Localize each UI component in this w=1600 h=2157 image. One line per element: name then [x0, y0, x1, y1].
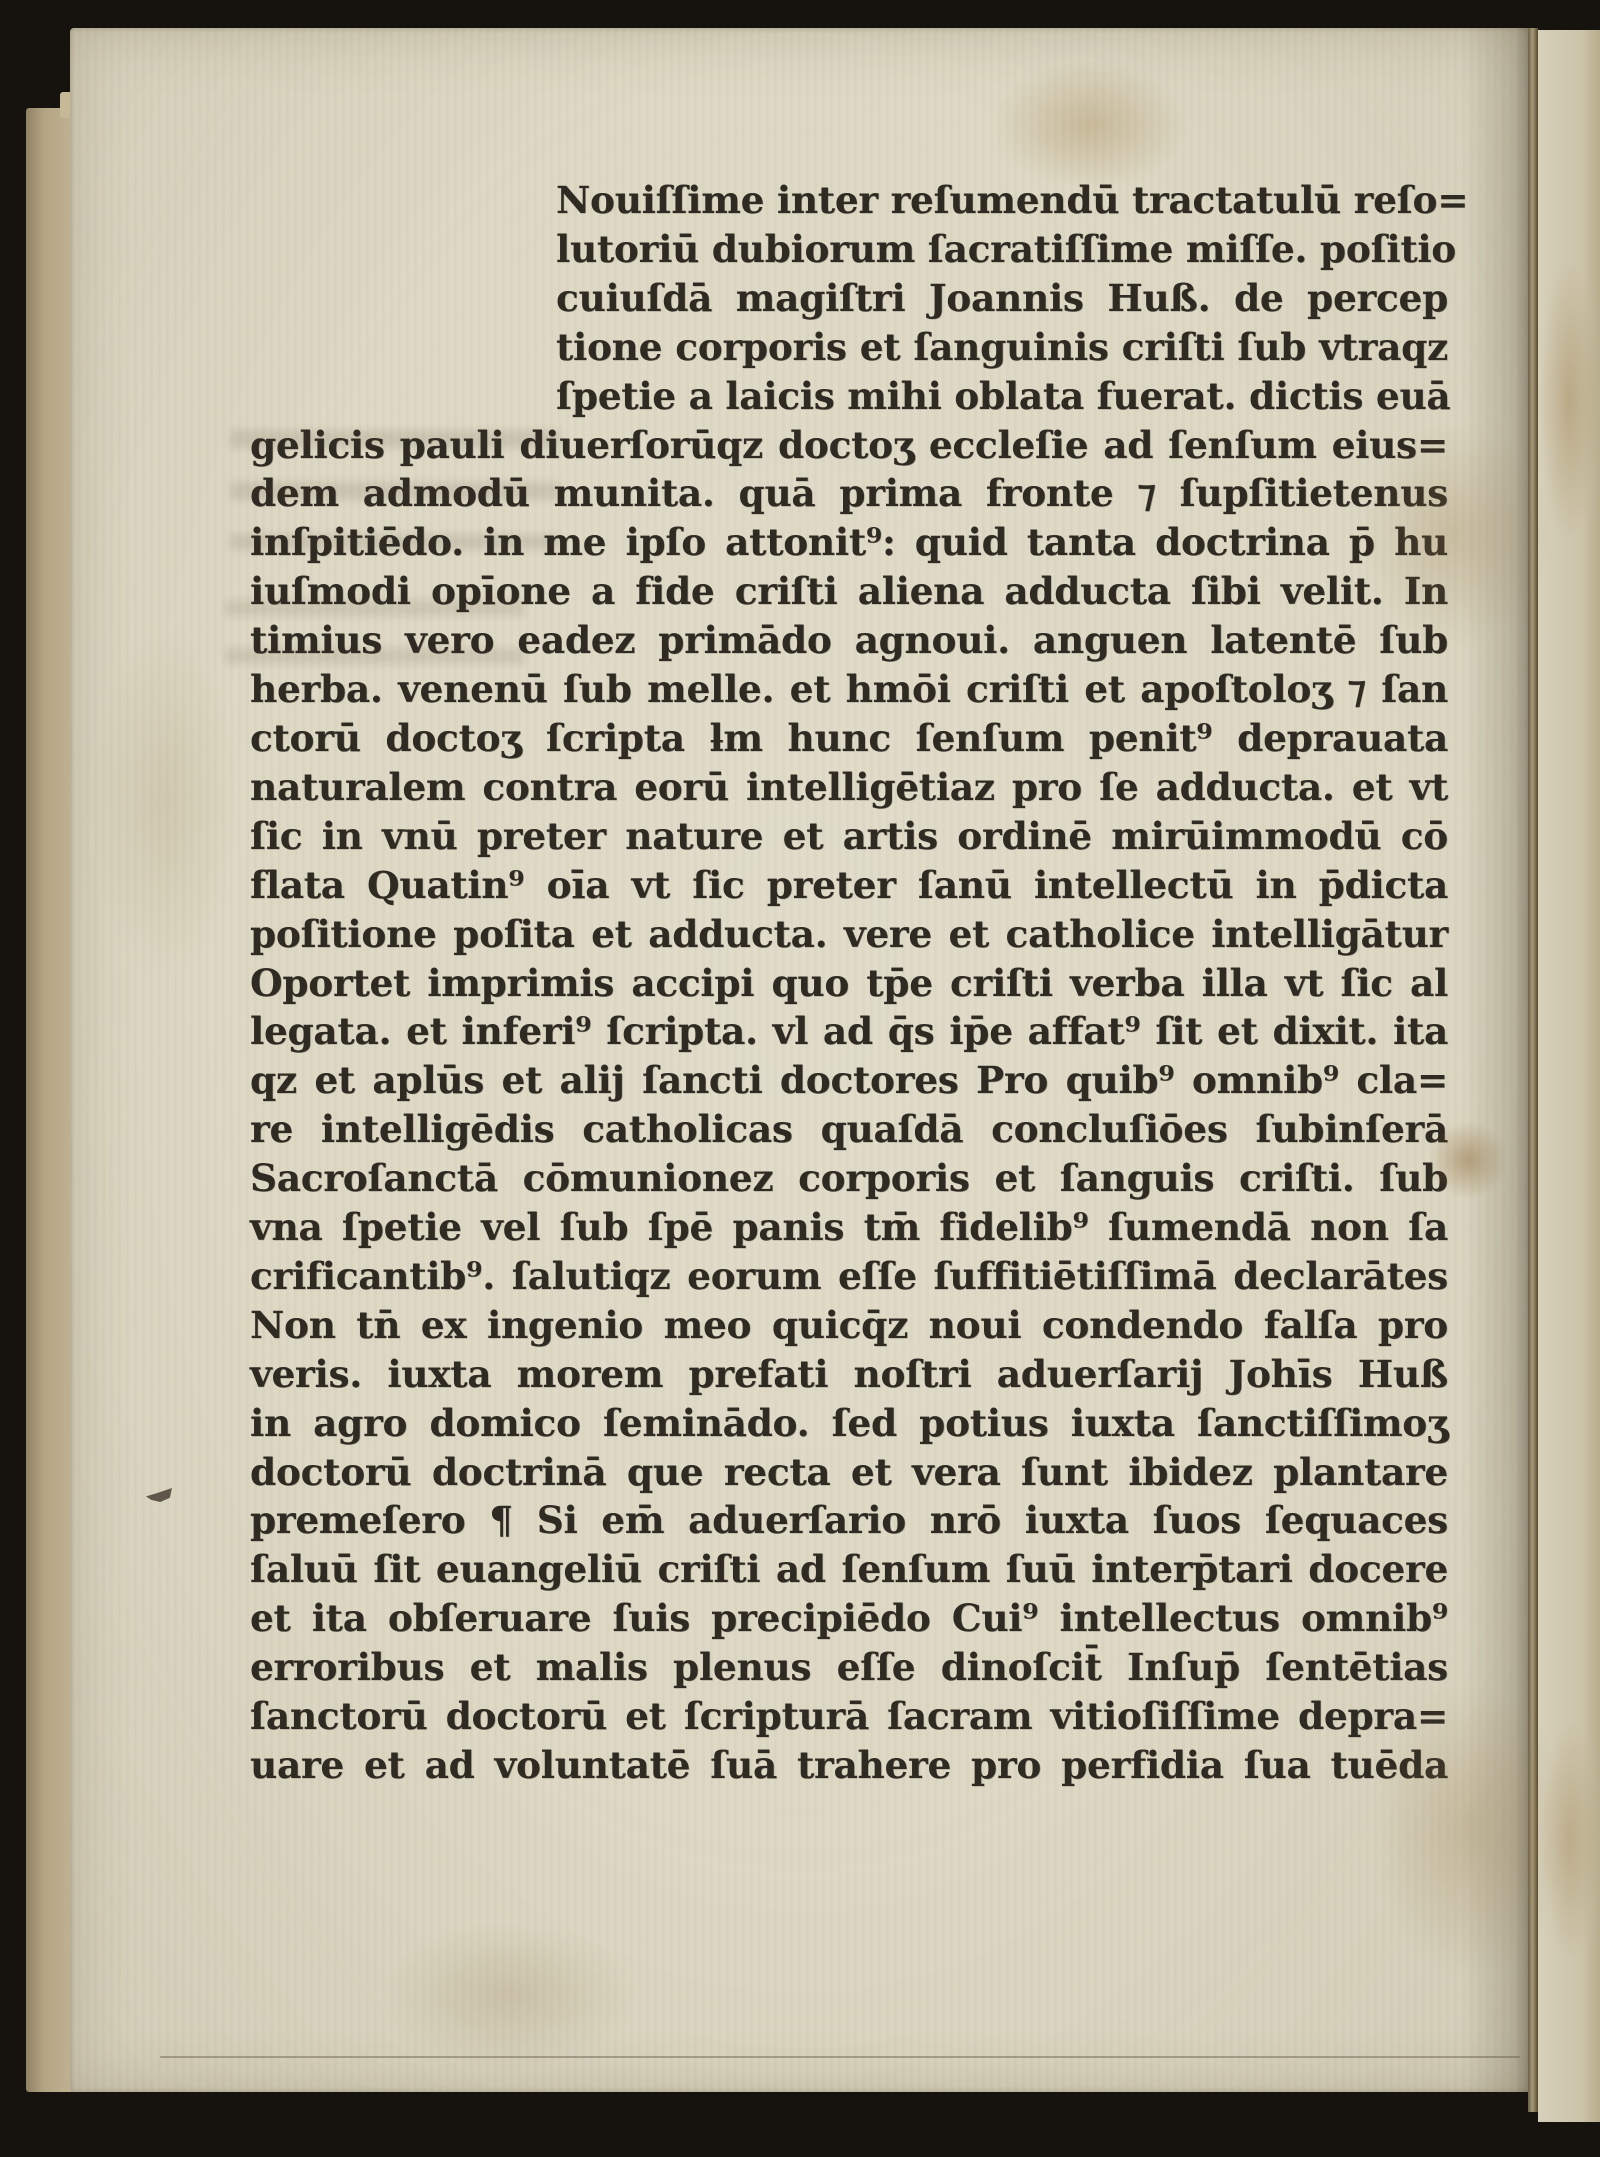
text-line: uare et ad voluntatē ſuā trahere pro per… — [250, 1741, 1448, 1790]
text-line: poſitione poſita et adducta. vere et cat… — [250, 910, 1448, 959]
adjacent-leaf-edge — [1538, 30, 1600, 2122]
text-line: doctorū doctrinā que recta et vera ſunt … — [250, 1448, 1448, 1497]
text-line: re intelligēdis catholicas quaſdā conclu… — [250, 1105, 1448, 1154]
text-line: naturalem contra eorū intelligētiaz pro … — [250, 763, 1448, 812]
gutter-line — [1528, 28, 1538, 2112]
text-line: Sacroſanctā cōmunionez corporis et ſangu… — [250, 1154, 1448, 1203]
text-line: ſaluū ſit euangeliū criſti ad ſenſum ſuū… — [250, 1545, 1448, 1594]
text-line: erroribus et malis plenus eſſe dinoſcit̄… — [250, 1643, 1448, 1692]
book-photograph: Nouiſſime inter reſumendū tractatulū reſ… — [0, 0, 1600, 2157]
text-line: iuſmodi opīone a fide criſti aliena addu… — [250, 567, 1448, 616]
text-line: in agro domico ſeminādo. ſed potius iuxt… — [250, 1399, 1448, 1448]
text-line: ſpetie a laicis mihi oblata fuerat. dict… — [556, 372, 1448, 421]
text-line: crificantib⁹. ſalutiqz eorum eſſe ſuffit… — [250, 1252, 1448, 1301]
text-line: Oportet imprimis accipi quo tp̄e criſti … — [250, 959, 1448, 1008]
text-line: premeſero ¶ Si em̄ aduerſario nrō iuxta … — [250, 1496, 1448, 1545]
gutter-shadow — [1462, 28, 1532, 2092]
text-line: tione corporis et ſanguinis criſti ſub v… — [556, 323, 1448, 372]
page-bottom-crease — [160, 2056, 1520, 2058]
text-line: ſic in vnū preter nature et artis ordinē… — [250, 812, 1448, 861]
text-line: lutoriū dubiorum ſacratiſſime miſſe. poſ… — [556, 225, 1448, 274]
text-line: cuiuſdā magiſtri Joannis Huß. de percep — [556, 274, 1448, 323]
text-block: Nouiſſime inter reſumendū tractatulū reſ… — [250, 176, 1448, 1790]
text-line: inſpitiēdo. in me ipſo attonit⁹: quid ta… — [250, 518, 1448, 567]
text-line: gelicis pauli diuerſorūqz doctoʒ eccleſi… — [250, 421, 1448, 470]
text-line: timius vero eadez primādo agnoui. anguen… — [250, 616, 1448, 665]
page: Nouiſſime inter reſumendū tractatulū reſ… — [70, 28, 1532, 2092]
text-line: legata. et inferi⁹ ſcripta. vl ad q̄s ip… — [250, 1007, 1448, 1056]
text-line: flata Quatin⁹ oīa vt ſic preter ſanū int… — [250, 861, 1448, 910]
text-line: veris. iuxta morem prefati noſtri aduerſ… — [250, 1350, 1448, 1399]
text-line: ctorū doctoʒ ſcripta ƚm hunc ſenſum peni… — [250, 714, 1448, 763]
text-line: qz et aplūs et alij ſancti doctores Pro … — [250, 1056, 1448, 1105]
text-line: Nouiſſime inter reſumendū tractatulū reſ… — [556, 176, 1448, 225]
text-line: ſanctorū doctorū et ſcripturā ſacram vit… — [250, 1692, 1448, 1741]
text-line: et ita obſeruare ſuis precipiēdo Cui⁹ in… — [250, 1594, 1448, 1643]
text-line: vna ſpetie vel ſub ſpē panis tm̄ fidelib… — [250, 1203, 1448, 1252]
text-line: Non tn̄ ex ingenio meo quicq̄z noui cond… — [250, 1301, 1448, 1350]
text-line: herba. venenū ſub melle. et hmōi criſti … — [250, 665, 1448, 714]
text-line: dem admodū munita. quā prima fronte ⁊ ſu… — [250, 469, 1448, 518]
